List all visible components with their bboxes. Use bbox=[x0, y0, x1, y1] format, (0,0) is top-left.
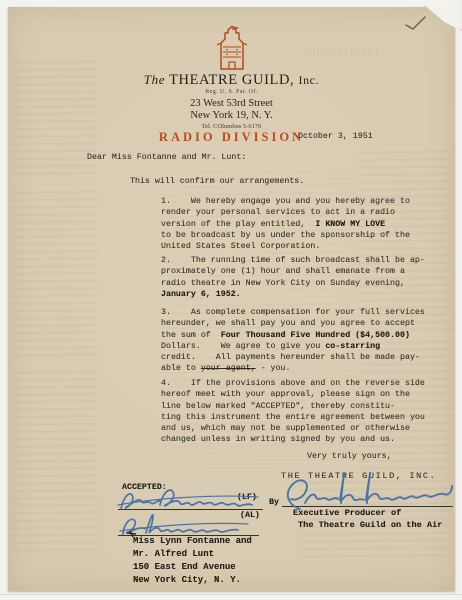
typed-line: 4. If the provisions above and on the re… bbox=[161, 378, 425, 389]
company-the: The bbox=[144, 72, 165, 87]
typed-line: hereof meet with your approval, please s… bbox=[161, 389, 425, 400]
typed-line: and us, which may not be supplemented or… bbox=[161, 423, 425, 434]
typed-line: line below marked "ACCEPTED", thereby co… bbox=[161, 401, 425, 412]
bleed-through-texture bbox=[12, 370, 98, 555]
accepted-label: ACCEPTED: bbox=[122, 482, 167, 493]
intro-line: This will confirm our arrangements. bbox=[130, 176, 304, 187]
typed-line: Miss Lynn Fontanne and bbox=[133, 535, 252, 548]
salutation: Dear Miss Fontanne and Mr. Lunt: bbox=[87, 152, 246, 163]
letter-photo: THEATRE GUILD, The THEATRE GUILD, Inc. R… bbox=[0, 0, 462, 600]
typed-line: proximately one (1) hour and shall emana… bbox=[161, 266, 425, 277]
typed-line: 2. The running time of such broadcast sh… bbox=[161, 255, 425, 266]
typed-line: ting this instrument the entire agreemen… bbox=[161, 412, 425, 423]
paragraph-3: 3. As complete compensation for your ful… bbox=[161, 307, 425, 375]
typed-line: hereunder, we shall pay you and you agre… bbox=[161, 318, 425, 329]
scan-edge-line bbox=[0, 594, 462, 595]
typed-line: able to your agent, - you. bbox=[161, 363, 425, 374]
typed-line: January 6, 1952. bbox=[161, 289, 425, 300]
typed-line: the sum of Four Thousand Five Hundred ($… bbox=[161, 330, 425, 341]
typed-line: radio theatre in New York City on Sunday… bbox=[161, 278, 425, 289]
letterhead-company-line: The THEATRE GUILD, Inc. bbox=[8, 72, 455, 89]
typed-line: to be broadcast by us under the sponsors… bbox=[161, 230, 410, 241]
letterhead-division: RADIO DIVISION bbox=[8, 130, 455, 145]
closing-line: Very truly yours, bbox=[307, 451, 392, 462]
letterhead-reg: Reg. U. S. Pat. Of. bbox=[8, 89, 455, 95]
producer-title-2: The Theatre Guild on the Air bbox=[298, 520, 442, 531]
letterhead-street: 23 West 53rd Street bbox=[8, 98, 455, 109]
typed-line: 1. We hereby engage you and you hereby a… bbox=[161, 196, 410, 207]
company-name: THEATRE GUILD, bbox=[169, 72, 294, 88]
letterhead bbox=[8, 24, 455, 75]
initials-al: (AL) bbox=[240, 510, 260, 521]
recipient-block: Miss Lynn Fontanne andMr. Alfred Lunt150… bbox=[133, 535, 252, 587]
typed-line: render your personal services to act in … bbox=[161, 207, 410, 218]
paragraph-1: 1. We hereby engage you and you hereby a… bbox=[161, 196, 410, 252]
typed-line: 3. As complete compensation for your ful… bbox=[161, 307, 425, 318]
company-signature-line: THE THEATRE GUILD, INC. bbox=[281, 471, 436, 482]
typed-line: changed unless in writing signed by you … bbox=[161, 434, 425, 445]
bleed-through-texture bbox=[12, 190, 98, 360]
typed-line: United States Steel Corporation. bbox=[161, 241, 410, 252]
letter-date: October 3, 1951 bbox=[298, 131, 373, 142]
initials-lf: (LF) bbox=[237, 492, 257, 503]
typed-line: credit. All payments hereunder shall be … bbox=[161, 352, 425, 363]
paragraph-4: 4. If the provisions above and on the re… bbox=[161, 378, 425, 446]
producer-title-1: Executive Producer of bbox=[293, 508, 401, 519]
typed-line: Mr. Alfred Lunt bbox=[133, 548, 252, 561]
typed-line: version of the play entitled, I KNOW MY … bbox=[161, 219, 410, 230]
typed-line: New York City, N. Y. bbox=[133, 574, 252, 587]
letterhead-phone: Tel. COlumbus 5-6170 bbox=[8, 123, 455, 130]
letterhead-city: New York 19, N. Y. bbox=[8, 110, 455, 121]
signature-line-fontanne bbox=[118, 509, 263, 510]
theatre-guild-logo-icon bbox=[213, 24, 251, 70]
company-inc: Inc. bbox=[298, 73, 319, 87]
paragraph-2: 2. The running time of such broadcast sh… bbox=[161, 255, 425, 300]
typed-line: 150 East End Avenue bbox=[133, 561, 252, 574]
typed-line: Dollars. We agree to give you co-starrin… bbox=[161, 341, 425, 352]
by-label: By bbox=[269, 497, 279, 508]
